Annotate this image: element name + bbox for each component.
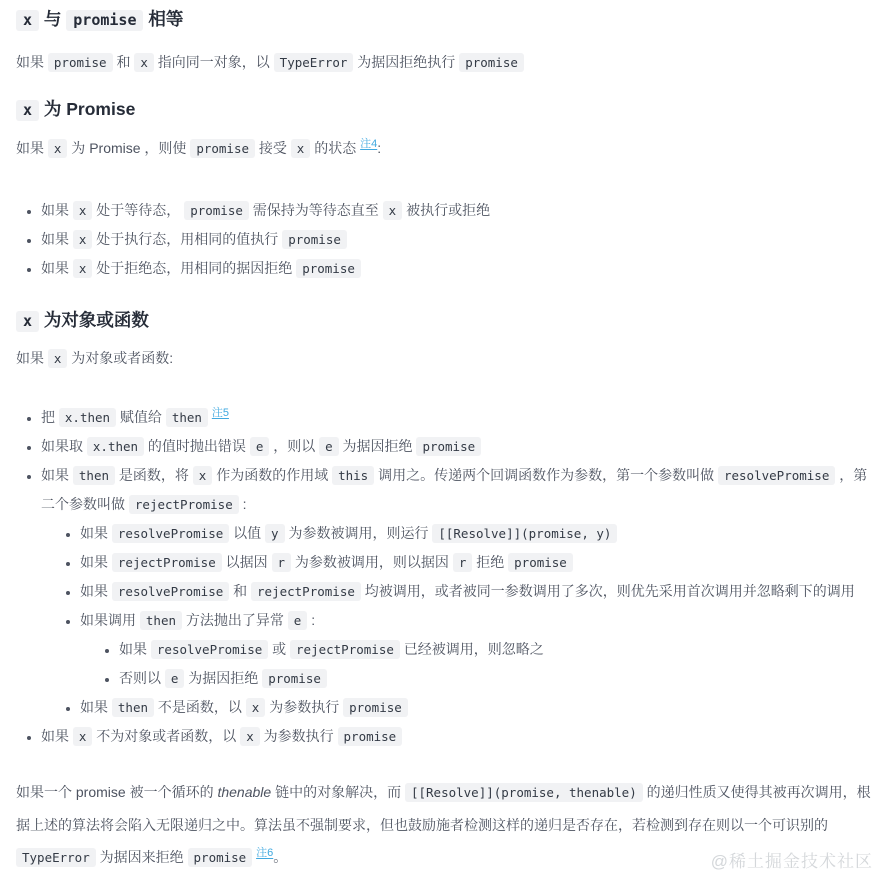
inline-code: TypeError: [16, 848, 96, 867]
inline-code: x.then: [59, 408, 116, 427]
bullet-list: 如果 x 处于等待态， promise 需保持为等待态直至 x 被执行或拒绝如果…: [16, 196, 875, 283]
inline-code: x: [246, 698, 266, 717]
inline-code: x.then: [87, 437, 144, 456]
list-item: 如果 then 不是函数，以 x 为参数执行 promise: [80, 693, 875, 722]
inline-code: rejectPromise: [112, 553, 222, 572]
list-item: 如果调用 then 方法抛出了异常 e :如果 resolvePromise 或…: [80, 606, 875, 693]
inline-code: promise: [188, 848, 253, 867]
footnote-link[interactable]: 注5: [212, 407, 229, 419]
footnote-sup: 注4: [360, 137, 377, 150]
inline-code: r: [272, 553, 292, 572]
inline-code: promise: [66, 10, 143, 31]
list-item: 如果 resolvePromise 或 rejectPromise 已经被调用，…: [119, 635, 875, 664]
inline-code: TypeError: [274, 53, 354, 72]
list-item: 如果 rejectPromise 以据因 r 为参数被调用，则以据因 r 拒绝 …: [80, 548, 875, 577]
inline-code: then: [140, 611, 182, 630]
bullet-list: 如果 resolvePromise 以值 y 为参数被调用，则运行 [[Reso…: [41, 519, 875, 722]
list-item: 如果 x 处于拒绝态，用相同的据因拒绝 promise: [41, 254, 875, 283]
footnote-sup: 注6: [256, 846, 273, 859]
inline-code: this: [332, 466, 374, 485]
inline-code: e: [288, 611, 308, 630]
footnote-link[interactable]: 注6: [256, 847, 273, 859]
inline-code: promise: [48, 53, 113, 72]
inline-code: x: [134, 53, 154, 72]
inline-code: promise: [508, 553, 573, 572]
list-item: 如果 x 处于等待态， promise 需保持为等待态直至 x 被执行或拒绝: [41, 196, 875, 225]
inline-code: then: [166, 408, 208, 427]
inline-code: promise: [338, 727, 403, 746]
inline-code: resolvePromise: [112, 524, 229, 543]
inline-code: resolvePromise: [151, 640, 268, 659]
footnote-link[interactable]: 注4: [360, 138, 377, 150]
list-item: 如果 resolvePromise 以值 y 为参数被调用，则运行 [[Reso…: [80, 519, 875, 548]
inline-code: e: [319, 437, 339, 456]
paragraph: 如果一个 promise 被一个循环的 thenable 链中的对象解决，而 […: [16, 776, 875, 874]
inline-code: r: [453, 553, 473, 572]
paragraph: 如果 x 为 Promise ，则使 promise 接受 x 的状态 注4:: [16, 137, 875, 160]
list-item: 把 x.then 赋值给 then 注5: [41, 403, 875, 432]
list-item: 否则以 e 为据因拒绝 promise: [119, 664, 875, 693]
inline-code: promise: [416, 437, 481, 456]
article-content: x 与 promise 相等如果 promise 和 x 指向同一对象，以 Ty…: [0, 0, 893, 874]
inline-code: x: [16, 10, 39, 31]
list-item: 如果 x 不为对象或者函数，以 x 为参数执行 promise: [41, 722, 875, 751]
inline-code: x: [240, 727, 260, 746]
inline-code: promise: [296, 259, 361, 278]
inline-code: x: [16, 100, 39, 121]
inline-code: x: [291, 139, 311, 158]
inline-code: [[Resolve]](promise, y): [432, 524, 617, 543]
inline-code: e: [250, 437, 270, 456]
inline-code: x: [16, 311, 39, 332]
list-item: 如果 x 处于执行态，用相同的值执行 promise: [41, 225, 875, 254]
list-item: 如果 then 是函数，将 x 作为函数的作用域 this 调用之。传递两个回调…: [41, 461, 875, 722]
inline-code: y: [265, 524, 285, 543]
inline-code: x: [48, 349, 68, 368]
italic-term: thenable: [217, 784, 271, 800]
paragraph: 如果 promise 和 x 指向同一对象，以 TypeError 为据因拒绝执…: [16, 51, 875, 74]
section-heading: x 为 Promise: [16, 97, 875, 122]
inline-code: promise: [184, 201, 249, 220]
section-heading: x 为对象或函数: [16, 308, 875, 333]
bullet-list: 如果 resolvePromise 或 rejectPromise 已经被调用，…: [80, 635, 875, 693]
inline-code: promise: [343, 698, 408, 717]
inline-code: then: [73, 466, 115, 485]
inline-code: x: [73, 230, 93, 249]
inline-code: x: [73, 259, 93, 278]
inline-code: promise: [190, 139, 255, 158]
inline-code: promise: [459, 53, 524, 72]
inline-code: resolvePromise: [112, 582, 229, 601]
inline-code: x: [73, 201, 93, 220]
bullet-list: 把 x.then 赋值给 then 注5如果取 x.then 的值时抛出错误 e…: [16, 403, 875, 751]
inline-code: x: [73, 727, 93, 746]
inline-code: promise: [262, 669, 327, 688]
inline-code: x: [383, 201, 403, 220]
section-heading: x 与 promise 相等: [16, 7, 875, 32]
inline-code: promise: [282, 230, 347, 249]
inline-code: x: [193, 466, 213, 485]
inline-code: rejectPromise: [251, 582, 361, 601]
footnote-sup: 注5: [212, 406, 229, 419]
inline-code: rejectPromise: [290, 640, 400, 659]
inline-code: e: [165, 669, 185, 688]
inline-code: then: [112, 698, 154, 717]
inline-code: resolvePromise: [718, 466, 835, 485]
list-item: 如果取 x.then 的值时抛出错误 e ，则以 e 为据因拒绝 promise: [41, 432, 875, 461]
paragraph: 如果 x 为对象或者函数:: [16, 347, 875, 370]
list-item: 如果 resolvePromise 和 rejectPromise 均被调用，或…: [80, 577, 875, 606]
inline-code: rejectPromise: [129, 495, 239, 514]
inline-code: [[Resolve]](promise, thenable): [405, 783, 643, 802]
inline-code: x: [48, 139, 68, 158]
